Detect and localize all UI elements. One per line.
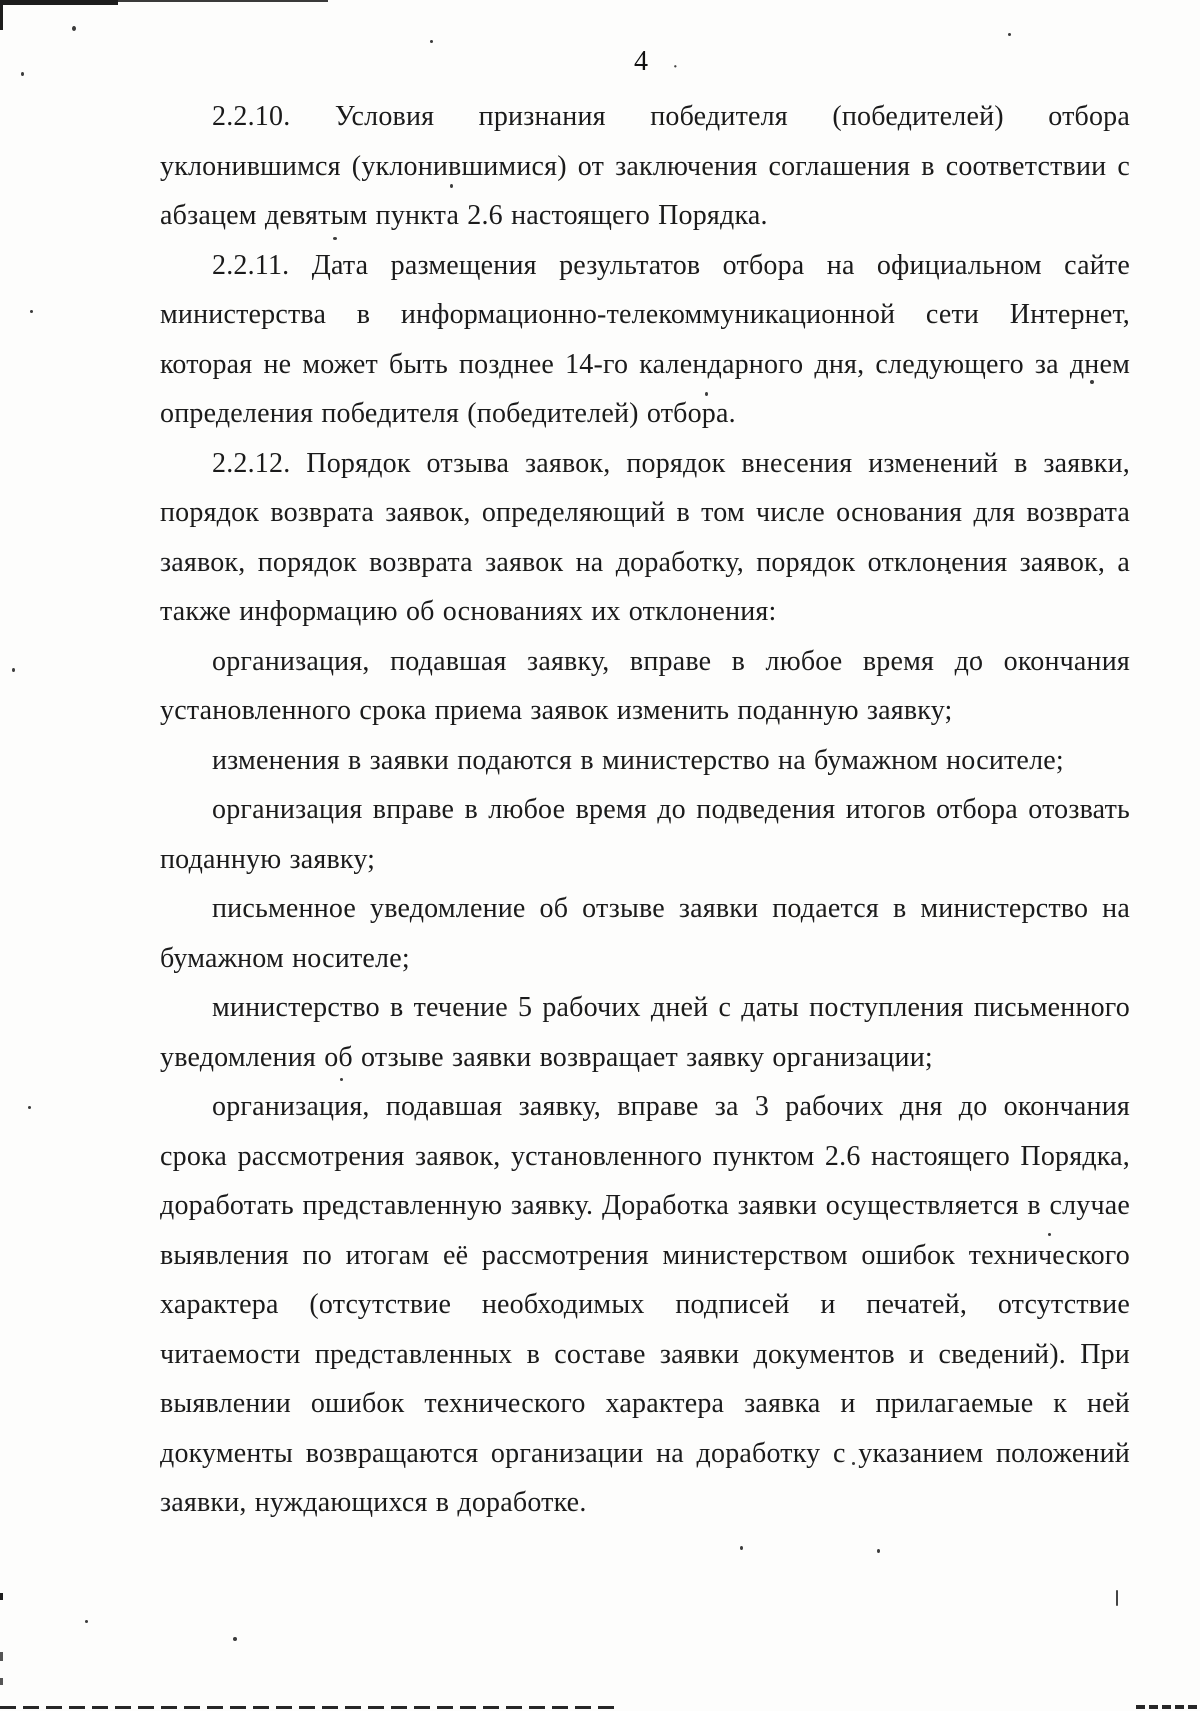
scan-speck [852, 1462, 855, 1465]
scan-speck [705, 392, 708, 396]
page-number: 4 [634, 46, 648, 78]
paragraph-changes-paper: изменения в заявки подаются в министерст… [160, 736, 1130, 786]
scan-speck [21, 72, 24, 76]
scan-speck [340, 1078, 343, 1081]
paragraph-withdraw-right: организация вправе в любое время до подв… [160, 785, 1130, 884]
scan-speck [977, 656, 980, 659]
scan-speck [659, 1003, 662, 1006]
paragraph-ministry-return: министерство в течение 5 рабочих дней с … [160, 983, 1130, 1082]
scan-speck [450, 184, 453, 188]
scan-speck [1008, 33, 1011, 36]
scan-artifact-bottom-line-right [1136, 1705, 1200, 1709]
scan-speck [948, 571, 951, 574]
document-text: 2.2.10. Условия признания победителя (по… [160, 92, 1130, 1528]
scan-speck [12, 668, 15, 672]
scan-artifact-bottom-line-left [0, 1706, 618, 1709]
paragraph-written-notice: письменное уведомление об отзыве заявки … [160, 884, 1130, 983]
scan-artifact-left-tick [0, 0, 3, 30]
scan-artifact-left-edge-tick [0, 1678, 3, 1685]
scan-speck [297, 660, 300, 663]
scan-speck [85, 1620, 88, 1623]
scan-artifact-left-edge-tick [0, 1593, 3, 1600]
scan-artifact-top-bar-thin [118, 0, 328, 2]
scan-speck [740, 1546, 743, 1550]
scan-speck [1048, 1233, 1051, 1236]
paragraph-2-2-11: 2.2.11. Дата размещения результатов отбо… [160, 241, 1130, 439]
scan-speck [233, 1637, 237, 1641]
scan-speck [30, 310, 33, 313]
scan-artifact-top-bar [0, 0, 118, 5]
paragraph-withdraw-change: организация, подавшая заявку, вправе в л… [160, 637, 1130, 736]
paragraph-2-2-10: 2.2.10. Условия признания победителя (по… [160, 92, 1130, 241]
scan-speck [333, 237, 337, 240]
paragraph-2-2-12: 2.2.12. Порядок отзыва заявок, порядок в… [160, 439, 1130, 637]
document-page: 4 2.2.10. Условия признания победителя (… [0, 0, 1200, 1711]
scan-artifact-left-edge-tick [0, 1652, 3, 1661]
scan-speck [72, 26, 76, 31]
scan-artifact-right-tick [1116, 1590, 1118, 1606]
scan-speck [430, 40, 433, 43]
paragraph-rework: организация, подавшая заявку, вправе за … [160, 1082, 1130, 1528]
scan-speck [1090, 380, 1094, 384]
scan-speck [28, 1106, 31, 1109]
scan-speck [877, 1549, 880, 1553]
